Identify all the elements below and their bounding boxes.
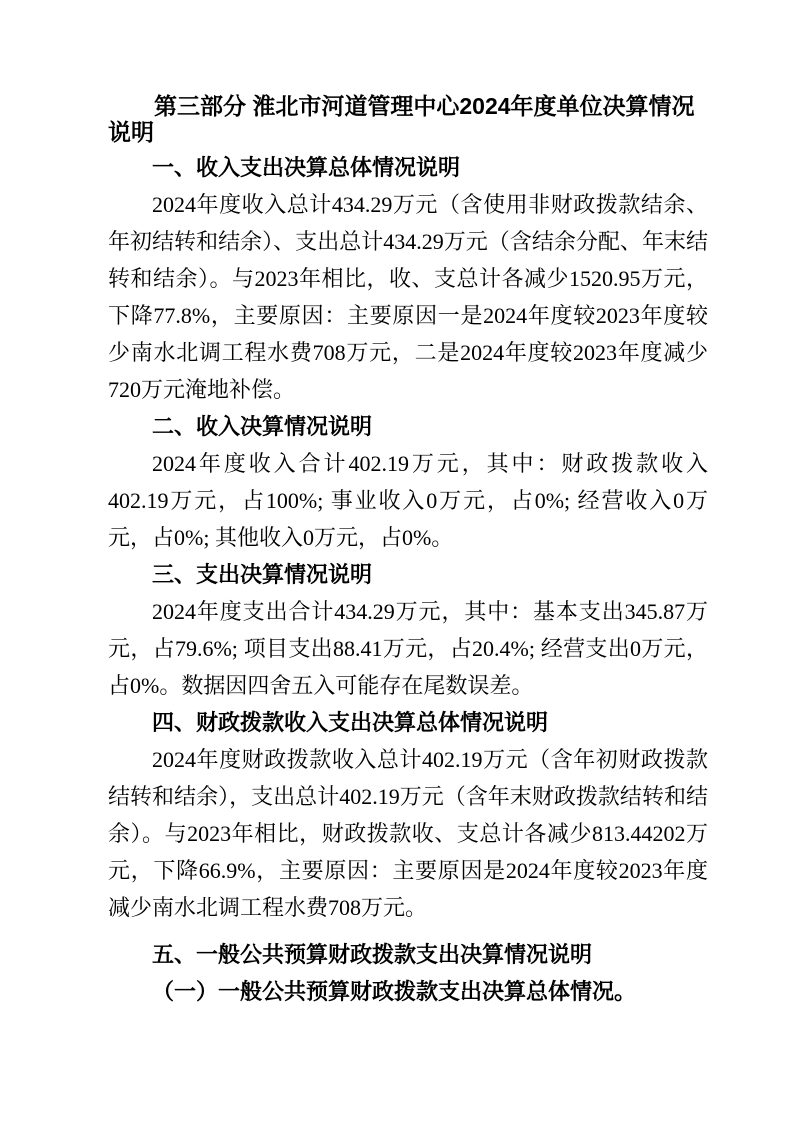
subsection-heading-general-public-budget-overview: （一）一般公共预算财政拨款支出决算总体情况。 bbox=[108, 973, 708, 1010]
section-heading-income-final-accounts: 二、收入决算情况说明 bbox=[108, 408, 708, 445]
section-heading-income-expenditure-overview: 一、收入支出决算总体情况说明 bbox=[108, 149, 708, 186]
section-paragraph-income-expenditure-overview: 2024年度收入总计434.29万元（含使用非财政拨款结余、年初结转和结余）、支… bbox=[108, 186, 708, 408]
document-page: 第三部分 淮北市河道管理中心2024年度单位决算情况说明 一、收入支出决算总体情… bbox=[0, 0, 793, 1122]
section-paragraph-income-final-accounts: 2024年度收入合计402.19万元，其中：财政拨款收入402.19万元，占10… bbox=[108, 445, 708, 556]
section-heading-fiscal-appropriation-overview: 四、财政拨款收入支出决算总体情况说明 bbox=[108, 704, 708, 741]
section-heading-expenditure-final-accounts: 三、支出决算情况说明 bbox=[108, 556, 708, 593]
section-paragraph-fiscal-appropriation-overview: 2024年度财政拨款收入总计402.19万元（含年初财政拨款结转和结余），支出总… bbox=[108, 741, 708, 926]
document-content: 第三部分 淮北市河道管理中心2024年度单位决算情况说明 一、收入支出决算总体情… bbox=[108, 93, 708, 1010]
document-title: 第三部分 淮北市河道管理中心2024年度单位决算情况说明 bbox=[108, 93, 708, 145]
section-heading-general-public-budget: 五、一般公共预算财政拨款支出决算情况说明 bbox=[108, 936, 708, 973]
section-paragraph-expenditure-final-accounts: 2024年度支出合计434.29万元，其中：基本支出345.87万元，占79.6… bbox=[108, 593, 708, 704]
